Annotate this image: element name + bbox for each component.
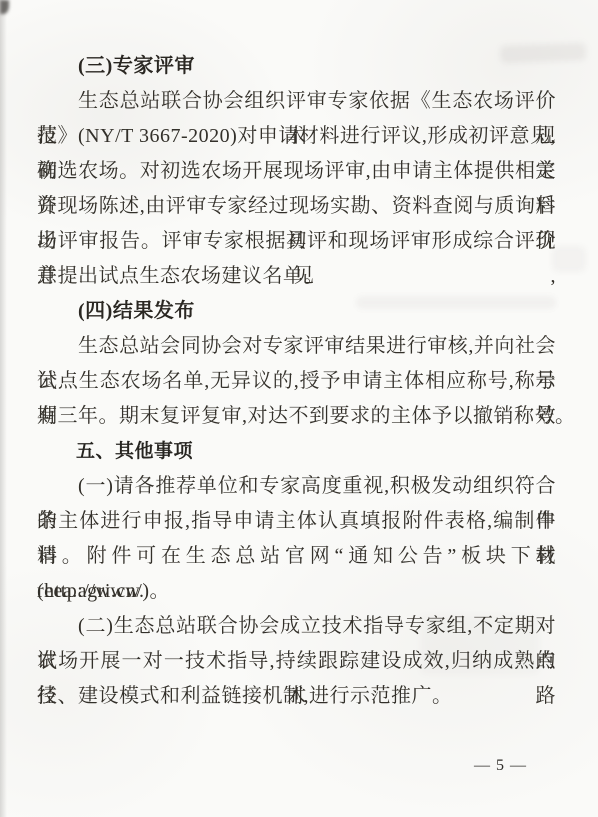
- text-line: 期三年。期末复评复审,对达不到要求的主体予以撤销称号。: [37, 399, 556, 434]
- document-body: (三)专家评审 生态总站联合协会组织评审专家依据《生态农场评价技术规 范》(NY…: [37, 49, 556, 714]
- section-heading-other-matters: 五、其他事项: [37, 434, 556, 469]
- text-line: 范》(NY/T 3667-2020)对申请材料进行评议,形成初评意见,确定: [37, 119, 556, 154]
- text-line: (二)生态总站联合协会成立技术指导专家组,不定期对试点: [37, 609, 556, 644]
- text-line: 初选农场。对初选农场开展现场评审,由申请主体提供相关资料: [37, 154, 556, 189]
- text-line: 农场开展一对一技术指导,持续跟踪建设成效,归纳成熟的技术路: [37, 644, 556, 679]
- text-line: (一)请各推荐单位和专家高度重视,积极发动组织符合条件: [37, 469, 556, 504]
- scanned-document-page: (三)专家评审 生态总站联合协会组织评审专家依据《生态农场评价技术规 范》(NY…: [0, 0, 598, 817]
- scan-edge-shadow: [0, 0, 7, 817]
- text-line: 生态总站会同协会对专家评审结果进行审核,并向社会公示: [37, 329, 556, 364]
- text-line: 生态总站联合协会组织评审专家依据《生态农场评价技术规: [37, 84, 556, 119]
- section-heading-expert-review: (三)专家评审: [37, 49, 556, 84]
- page-number: — 5 —: [438, 757, 563, 775]
- text-line: 试点生态农场名单,无异议的,授予申请主体相应称号,称号有效: [37, 364, 556, 399]
- text-line: 场评审报告。评审专家根据初评和现场评审形成综合评价意见,: [37, 224, 556, 259]
- text-line-with-url: reea.agri.cn/)。: [37, 574, 556, 609]
- text-line: 的主体进行申报,指导申请主体认真填报附件表格,编制申请材: [37, 504, 556, 539]
- text-line-with-url: 料。附件可在生态总站官网“通知公告”板块下载(http://www.: [37, 539, 556, 574]
- scan-corner-artifact: [0, 0, 9, 14]
- scan-ghost-artifact: [552, 246, 586, 272]
- text-line: 并现场陈述,由评审专家经过现场实勘、资料查阅与质询后出具现: [37, 189, 556, 224]
- section-heading-result-announcement: (四)结果发布: [37, 294, 556, 329]
